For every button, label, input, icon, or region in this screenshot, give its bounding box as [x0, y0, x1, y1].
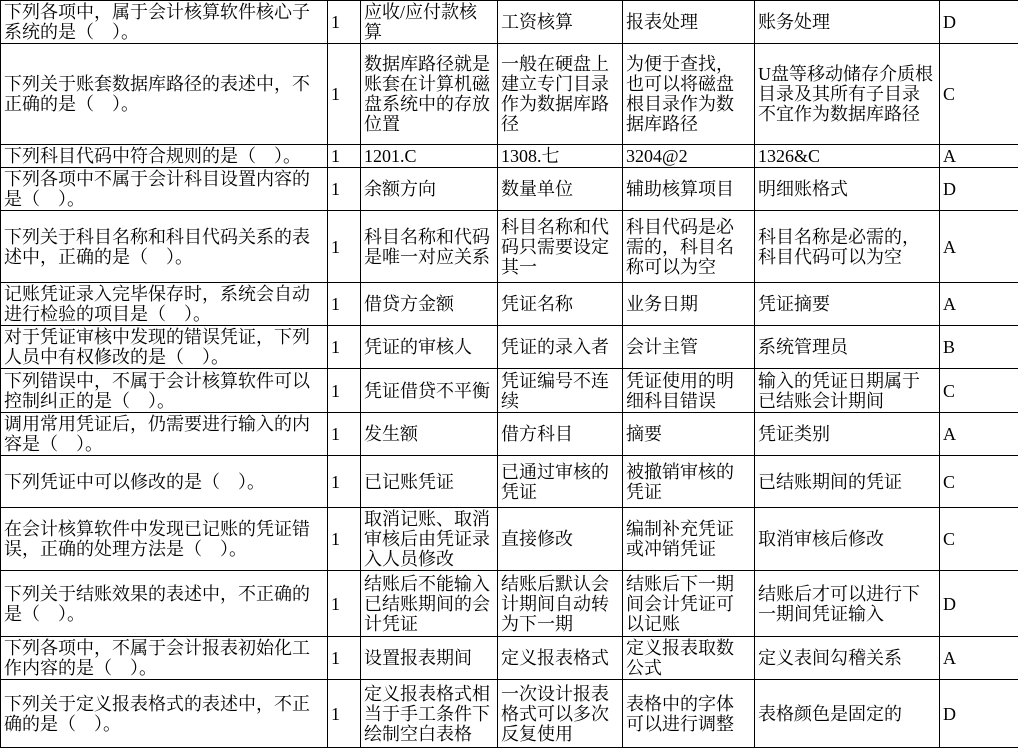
count-cell: 1 — [328, 44, 361, 145]
option-b-cell: 科目名称和代码只需要设定其一 — [498, 211, 623, 283]
option-d-cell: 科目名称是必需的，科目代码可以为空 — [755, 211, 940, 283]
question-cell: 调用常用凭证后，仍需要进行输入的内容是（ ）。 — [1, 413, 328, 456]
answer-cell: D — [940, 1, 1018, 44]
option-a-cell: 余额方向 — [361, 168, 498, 211]
option-b-cell: 凭证名称 — [498, 283, 623, 326]
count-cell: 1 — [328, 168, 361, 211]
count-cell: 1 — [328, 456, 361, 508]
option-a-cell: 凭证的审核人 — [361, 326, 498, 369]
count-cell: 1 — [328, 283, 361, 326]
question-cell: 下列凭证中可以修改的是（ ）。 — [1, 456, 328, 508]
option-d-cell: 系统管理员 — [755, 326, 940, 369]
option-c-cell: 业务日期 — [623, 283, 755, 326]
count-cell: 1 — [328, 413, 361, 456]
question-cell: 下列各项中，属于会计核算软件核心子系统的是（ ）。 — [1, 1, 328, 44]
option-a-cell: 结账后不能输入已结账期间的会计凭证 — [361, 571, 498, 637]
option-d-cell: 定义表间勾稽关系 — [755, 637, 940, 680]
question-cell: 下列各项中不属于会计科目设置内容的是（ ）。 — [1, 168, 328, 211]
count-cell: 1 — [328, 145, 361, 168]
option-b-cell: 凭证的录入者 — [498, 326, 623, 369]
answer-cell: B — [940, 326, 1018, 369]
option-d-cell: 结账后才可以进行下一期间凭证输入 — [755, 571, 940, 637]
option-c-cell: 科目代码是必需的，科目名称可以为空 — [623, 211, 755, 283]
option-b-cell: 已通过审核的凭证 — [498, 456, 623, 508]
option-b-cell: 定义报表格式 — [498, 637, 623, 680]
question-cell: 在会计核算软件中发现已记账的凭证错误，正确的处理方法是（ ）。 — [1, 508, 328, 571]
question-cell: 下列关于账套数据库路径的表述中，不正确的是（ ）。 — [1, 44, 328, 145]
table-row: 下列科目代码中符合规则的是（ ）。 1 1201.C 1308.七 3204@2… — [1, 145, 1018, 168]
answer-cell: A — [940, 211, 1018, 283]
answer-cell: C — [940, 508, 1018, 571]
option-b-cell: 直接修改 — [498, 508, 623, 571]
option-d-cell: 明细账格式 — [755, 168, 940, 211]
option-a-cell: 已记账凭证 — [361, 456, 498, 508]
question-cell: 下列关于定义报表格式的表述中，不正确的是（ ）。 — [1, 680, 328, 748]
option-a-cell: 科目名称和代码是唯一对应关系 — [361, 211, 498, 283]
option-c-cell: 凭证使用的明细科目错误 — [623, 369, 755, 413]
table-row: 下列各项中，属于会计核算软件核心子系统的是（ ）。 1 应收/应付款核算 工资核… — [1, 1, 1018, 44]
count-cell: 1 — [328, 680, 361, 748]
count-cell: 1 — [328, 508, 361, 571]
table-row: 下列各项中，不属于会计报表初始化工作内容的是（ ）。 1 设置报表期间 定义报表… — [1, 637, 1018, 680]
question-cell: 下列错误中，不属于会计核算软件可以控制纠正的是（ ）。 — [1, 369, 328, 413]
option-d-cell: 已结账期间的凭证 — [755, 456, 940, 508]
option-d-cell: 表格颜色是固定的 — [755, 680, 940, 748]
table-row: 下列关于定义报表格式的表述中，不正确的是（ ）。 1 定义报表格式相当于手工条件… — [1, 680, 1018, 748]
count-cell: 1 — [328, 571, 361, 637]
option-c-cell: 定义报表取数公式 — [623, 637, 755, 680]
count-cell: 1 — [328, 1, 361, 44]
count-cell: 1 — [328, 369, 361, 413]
question-cell: 下列关于科目名称和科目代码关系的表述中，正确的是（ ）。 — [1, 211, 328, 283]
option-a-cell: 1201.C — [361, 145, 498, 168]
option-d-cell: 账务处理 — [755, 1, 940, 44]
option-d-cell: 1326&C — [755, 145, 940, 168]
count-cell: 1 — [328, 326, 361, 369]
answer-cell: D — [940, 168, 1018, 211]
option-c-cell: 会计主管 — [623, 326, 755, 369]
question-cell: 记账凭证录入完毕保存时，系统会自动进行检验的项目是（ ）。 — [1, 283, 328, 326]
option-a-cell: 取消记账、取消审核后由凭证录入人员修改 — [361, 508, 498, 571]
question-answer-table: 下列各项中，属于会计核算软件核心子系统的是（ ）。 1 应收/应付款核算 工资核… — [0, 0, 1018, 748]
option-d-cell: 凭证摘要 — [755, 283, 940, 326]
table-row: 下列凭证中可以修改的是（ ）。 1 已记账凭证 已通过审核的凭证 被撤销审核的凭… — [1, 456, 1018, 508]
answer-cell: C — [940, 456, 1018, 508]
answer-cell: A — [940, 637, 1018, 680]
table-row: 对于凭证审核中发现的错误凭证，下列人员中有权修改的是（ ）。 1 凭证的审核人 … — [1, 326, 1018, 369]
option-c-cell: 编制补充凭证或冲销凭证 — [623, 508, 755, 571]
table-row: 下列关于结账效果的表述中，不正确的是（ ）。 1 结账后不能输入已结账期间的会计… — [1, 571, 1018, 637]
question-table-body: 下列各项中，属于会计核算软件核心子系统的是（ ）。 1 应收/应付款核算 工资核… — [1, 1, 1018, 748]
option-a-cell: 数据库路径就是账套在计算机磁盘系统中的存放位置 — [361, 44, 498, 145]
answer-cell: C — [940, 369, 1018, 413]
table-row: 调用常用凭证后，仍需要进行输入的内容是（ ）。 1 发生额 借方科目 摘要 凭证… — [1, 413, 1018, 456]
table-row: 下列关于账套数据库路径的表述中，不正确的是（ ）。 1 数据库路径就是账套在计算… — [1, 44, 1018, 145]
option-d-cell: 凭证类别 — [755, 413, 940, 456]
option-c-cell: 辅助核算项目 — [623, 168, 755, 211]
answer-cell: A — [940, 283, 1018, 326]
option-a-cell: 凭证借贷不平衡 — [361, 369, 498, 413]
option-c-cell: 被撤销审核的凭证 — [623, 456, 755, 508]
option-b-cell: 一次设计报表格式可以多次反复使用 — [498, 680, 623, 748]
option-b-cell: 工资核算 — [498, 1, 623, 44]
option-a-cell: 设置报表期间 — [361, 637, 498, 680]
option-b-cell: 1308.七 — [498, 145, 623, 168]
option-a-cell: 应收/应付款核算 — [361, 1, 498, 44]
option-c-cell: 表格中的字体可以进行调整 — [623, 680, 755, 748]
count-cell: 1 — [328, 637, 361, 680]
table-row: 下列关于科目名称和科目代码关系的表述中，正确的是（ ）。 1 科目名称和代码是唯… — [1, 211, 1018, 283]
option-c-cell: 报表处理 — [623, 1, 755, 44]
option-b-cell: 一般在硬盘上建立专门目录作为数据库路径 — [498, 44, 623, 145]
question-cell: 下列科目代码中符合规则的是（ ）。 — [1, 145, 328, 168]
option-b-cell: 借方科目 — [498, 413, 623, 456]
option-c-cell: 摘要 — [623, 413, 755, 456]
answer-cell: A — [940, 413, 1018, 456]
option-d-cell: 取消审核后修改 — [755, 508, 940, 571]
option-b-cell: 数量单位 — [498, 168, 623, 211]
question-cell: 对于凭证审核中发现的错误凭证，下列人员中有权修改的是（ ）。 — [1, 326, 328, 369]
question-cell: 下列关于结账效果的表述中，不正确的是（ ）。 — [1, 571, 328, 637]
option-d-cell: U盘等移动储存介质根目录及其所有子目录不宜作为数据库路径 — [755, 44, 940, 145]
count-cell: 1 — [328, 211, 361, 283]
option-c-cell: 结账后下一期间会计凭证可以记账 — [623, 571, 755, 637]
option-a-cell: 定义报表格式相当于手工条件下绘制空白表格 — [361, 680, 498, 748]
table-row: 记账凭证录入完毕保存时，系统会自动进行检验的项目是（ ）。 1 借贷方金额 凭证… — [1, 283, 1018, 326]
option-d-cell: 输入的凭证日期属于已结账会计期间 — [755, 369, 940, 413]
answer-cell: C — [940, 44, 1018, 145]
option-c-cell: 为便于查找，也可以将磁盘根目录作为数据库路径 — [623, 44, 755, 145]
option-a-cell: 借贷方金额 — [361, 283, 498, 326]
table-row: 下列各项中不属于会计科目设置内容的是（ ）。 1 余额方向 数量单位 辅助核算项… — [1, 168, 1018, 211]
option-b-cell: 凭证编号不连续 — [498, 369, 623, 413]
question-cell: 下列各项中，不属于会计报表初始化工作内容的是（ ）。 — [1, 637, 328, 680]
option-c-cell: 3204@2 — [623, 145, 755, 168]
answer-cell: D — [940, 680, 1018, 748]
option-a-cell: 发生额 — [361, 413, 498, 456]
option-b-cell: 结账后默认会计期间自动转为下一期 — [498, 571, 623, 637]
answer-cell: A — [940, 145, 1018, 168]
answer-cell: D — [940, 571, 1018, 637]
table-row: 在会计核算软件中发现已记账的凭证错误，正确的处理方法是（ ）。 1 取消记账、取… — [1, 508, 1018, 571]
table-row: 下列错误中，不属于会计核算软件可以控制纠正的是（ ）。 1 凭证借贷不平衡 凭证… — [1, 369, 1018, 413]
